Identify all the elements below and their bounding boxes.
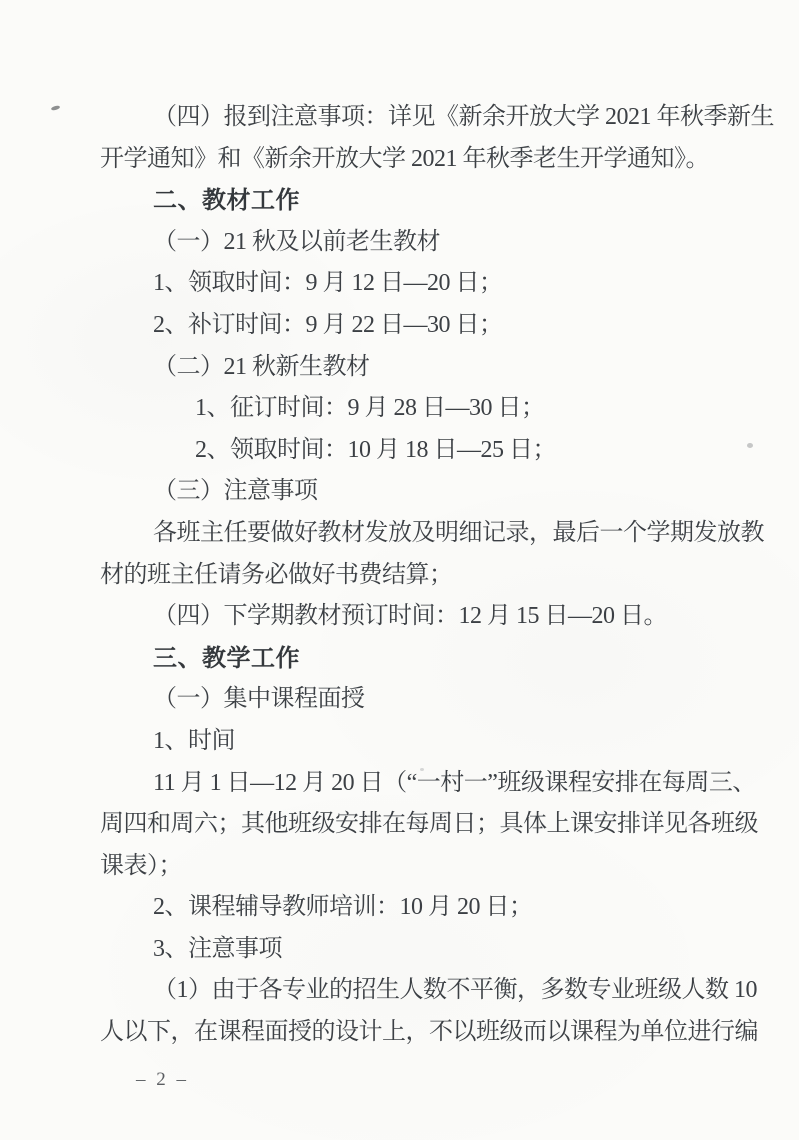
- text-line: 课表）；: [100, 846, 768, 888]
- text-line: （1）由于各专业的招生人数不平衡，多数专业班级人数 10: [100, 970, 768, 1012]
- text-line: （四）报到注意事项：详见《新余开放大学 2021 年秋季新生: [100, 97, 768, 139]
- text-line: 1、征订时间：9 月 28 日—30 日；: [100, 388, 768, 430]
- text-line: 各班主任要做好教材发放及明细记录，最后一个学期发放教: [100, 513, 768, 555]
- text-line: （二）21 秋新生教材: [100, 347, 768, 389]
- page-number: – 2 –: [136, 1069, 189, 1091]
- text-line: 1、领取时间：9 月 12 日—20 日；: [100, 263, 768, 305]
- text-line: 2、领取时间：10 月 18 日—25 日；: [100, 430, 768, 472]
- text-line: 2、课程辅导教师培训：10 月 20 日；: [100, 887, 768, 929]
- text-line: 3、注意事项: [100, 929, 768, 971]
- text-line: 人以下，在课程面授的设计上，不以班级而以课程为单位进行编: [100, 1012, 768, 1054]
- text-line: 周四和周六；其他班级安排在每周日；具体上课安排详见各班级: [100, 804, 768, 846]
- document-page: （四）报到注意事项：详见《新余开放大学 2021 年秋季新生开学通知》和《新余开…: [0, 0, 799, 1140]
- section-heading: 二、教材工作: [100, 180, 768, 222]
- text-line: 开学通知》和《新余开放大学 2021 年秋季老生开学通知》。: [100, 139, 768, 181]
- text-line: 材的班主任请务必做好书费结算；: [100, 555, 768, 597]
- text-line: （四）下学期教材预订时间：12 月 15 日—20 日。: [100, 596, 768, 638]
- text-line: 1、时间: [100, 721, 768, 763]
- section-heading: 三、教学工作: [100, 638, 768, 680]
- text-line: （一）集中课程面授: [100, 679, 768, 721]
- scan-speck: [420, 768, 424, 771]
- scan-speck: [747, 443, 753, 448]
- document-body: （四）报到注意事项：详见《新余开放大学 2021 年秋季新生开学通知》和《新余开…: [100, 97, 768, 1054]
- text-line: （三）注意事项: [100, 471, 768, 513]
- text-line: 11 月 1 日—12 月 20 日（“一村一”班级课程安排在每周三、: [100, 763, 768, 805]
- scan-speck: [51, 105, 61, 111]
- text-line: （一）21 秋及以前老生教材: [100, 222, 768, 264]
- text-line: 2、补订时间：9 月 22 日—30 日；: [100, 305, 768, 347]
